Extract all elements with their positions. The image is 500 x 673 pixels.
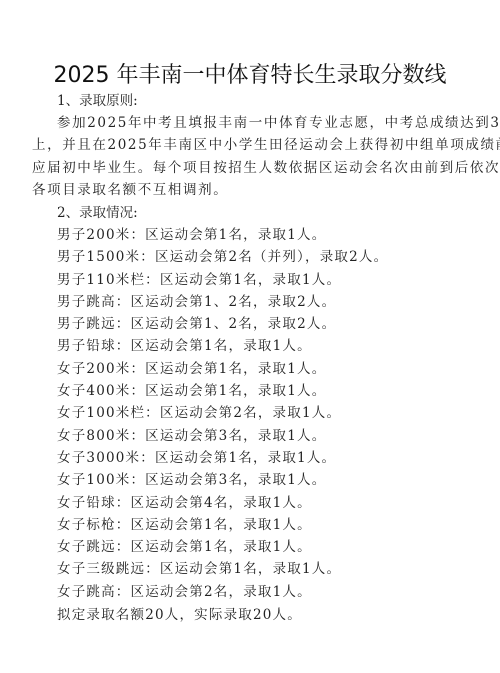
result-item: 男子跳远：区运动会第1、2名，录取2人。	[57, 313, 388, 335]
result-item: 女子标枪：区运动会第1名，录取1人。	[57, 514, 388, 536]
result-item: 男子1500米：区运动会第2名（并列），录取2人。	[57, 246, 388, 268]
result-item: 女子400米：区运动会第1名，录取1人。	[57, 380, 388, 402]
admission-principle-paragraph: 参加2025年中考且填报丰南一中体育专业志愿，中考总成绩达到348分及以 上，并…	[32, 112, 472, 201]
result-item: 女子跳远：区运动会第1名，录取1人。	[57, 536, 388, 558]
result-item: 女子800米：区运动会第3名，录取1人。	[57, 425, 388, 447]
result-item: 男子铅球：区运动会第1名，录取1人。	[57, 335, 388, 357]
document-title: 2025 年丰南一中体育特长生录取分数线	[0, 58, 500, 89]
result-item: 女子三级跳远：区运动会第1名，录取1人。	[57, 558, 388, 580]
admission-summary: 拟定录取名额20人，实际录取20人。	[57, 603, 302, 623]
paragraph-line: 应届初中毕业生。每个项目按招生人数依据区运动会名次由前到后依次录取，	[32, 157, 472, 179]
result-item: 女子200米：区运动会第1名，录取1人。	[57, 358, 388, 380]
section-heading-admission-principle: 1、录取原则:	[57, 89, 138, 109]
result-item: 女子3000米：区运动会第1名，录取1人。	[57, 447, 388, 469]
paragraph-line: 各项目录取名额不互相调剂。	[32, 179, 472, 201]
result-item: 男子200米：区运动会第1名，录取1人。	[57, 224, 388, 246]
result-item: 女子铅球：区运动会第4名，录取1人。	[57, 492, 388, 514]
result-item: 男子跳高：区运动会第1、2名，录取2人。	[57, 291, 388, 313]
paragraph-line: 上，并且在2025年丰南区中小学生田径运动会上获得初中组单项成绩前八名的	[32, 134, 472, 156]
paragraph-line: 参加2025年中考且填报丰南一中体育专业志愿，中考总成绩达到348分及以	[32, 112, 472, 134]
admission-results-list: 男子200米：区运动会第1名，录取1人。 男子1500米：区运动会第2名（并列）…	[57, 224, 388, 603]
result-item: 女子100米栏：区运动会第2名，录取1人。	[57, 402, 388, 424]
document-page: 2025 年丰南一中体育特长生录取分数线 1、录取原则: 参加2025年中考且填…	[0, 0, 500, 673]
result-item: 男子110米栏：区运动会第1名，录取1人。	[57, 269, 388, 291]
result-item: 女子跳高：区运动会第2名，录取1人。	[57, 581, 388, 603]
result-item: 女子100米：区运动会第3名，录取1人。	[57, 469, 388, 491]
section-heading-admission-results: 2、录取情况:	[57, 201, 138, 221]
